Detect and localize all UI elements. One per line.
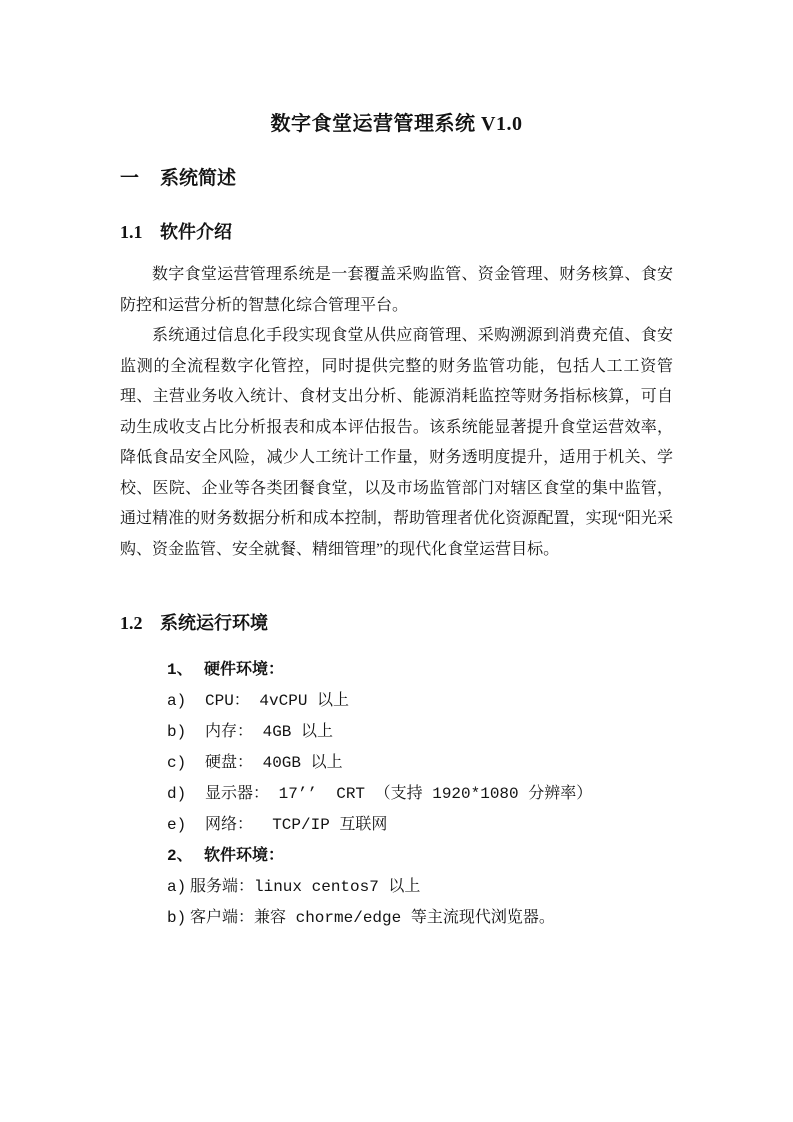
item-marker: d) bbox=[167, 779, 205, 810]
heading-1-2: 1.2系统运行环境 bbox=[120, 611, 673, 635]
software-group-title: 2、软件环境： bbox=[167, 841, 673, 872]
item-text: 内存： 4GB 以上 bbox=[205, 723, 333, 741]
item-text: 显示器： 17’’ CRT （支持 1920*1080 分辨率） bbox=[205, 785, 592, 803]
item-marker: b) bbox=[167, 903, 190, 934]
document-page: 数字食堂运营管理系统 V1.0 一系统简述 1.1软件介绍 数字食堂运营管理系统… bbox=[0, 0, 793, 1122]
hardware-group-title: 1、硬件环境： bbox=[167, 655, 673, 686]
heading-1-1: 1.1软件介绍 bbox=[120, 220, 673, 244]
heading-1-1-title: 软件介绍 bbox=[160, 222, 232, 242]
item-text: 客户端：兼容 chorme/edge 等主流现代浏览器。 bbox=[190, 909, 555, 927]
heading-1-2-number: 1.2 bbox=[120, 611, 160, 635]
hardware-group-label: 硬件环境： bbox=[204, 661, 284, 679]
hardware-item-cpu: a)CPU： 4vCPU 以上 bbox=[167, 686, 673, 717]
hardware-item-network: e)网络： TCP/IP 互联网 bbox=[167, 810, 673, 841]
document-title: 数字食堂运营管理系统 V1.0 bbox=[120, 110, 673, 138]
software-group-number: 2、 bbox=[167, 841, 204, 872]
section-1-title: 系统简述 bbox=[160, 168, 236, 189]
hardware-group-number: 1、 bbox=[167, 655, 204, 686]
item-marker: a) bbox=[167, 872, 190, 903]
software-item-client: b)客户端：兼容 chorme/edge 等主流现代浏览器。 bbox=[167, 903, 673, 934]
hardware-item-display: d)显示器： 17’’ CRT （支持 1920*1080 分辨率） bbox=[167, 779, 673, 810]
hardware-item-memory: b)内存： 4GB 以上 bbox=[167, 717, 673, 748]
intro-paragraph-2: 系统通过信息化手段实现食堂从供应商管理、采购溯源到消费充值、食安监测的全流程数字… bbox=[120, 321, 673, 565]
section-1-number: 一 bbox=[120, 166, 160, 192]
document-content: 数字食堂运营管理系统 V1.0 一系统简述 1.1软件介绍 数字食堂运营管理系统… bbox=[120, 0, 673, 934]
item-text: 网络： TCP/IP 互联网 bbox=[205, 816, 387, 834]
item-marker: c) bbox=[167, 748, 205, 779]
software-group-label: 软件环境： bbox=[204, 847, 284, 865]
item-text: 硬盘： 40GB 以上 bbox=[205, 754, 343, 772]
section-1-heading: 一系统简述 bbox=[120, 166, 673, 192]
item-marker: a) bbox=[167, 686, 205, 717]
item-text: 服务端：linux centos7 以上 bbox=[190, 878, 420, 896]
hardware-item-disk: c)硬盘： 40GB 以上 bbox=[167, 748, 673, 779]
item-text: CPU： 4vCPU 以上 bbox=[205, 692, 349, 710]
intro-paragraph-1: 数字食堂运营管理系统是一套覆盖采购监管、资金管理、财务核算、食安防控和运营分析的… bbox=[120, 260, 673, 321]
intro-section: 数字食堂运营管理系统是一套覆盖采购监管、资金管理、财务核算、食安防控和运营分析的… bbox=[120, 260, 673, 565]
heading-1-2-title: 系统运行环境 bbox=[160, 613, 268, 633]
item-marker: e) bbox=[167, 810, 205, 841]
software-item-server: a)服务端：linux centos7 以上 bbox=[167, 872, 673, 903]
heading-1-1-number: 1.1 bbox=[120, 220, 160, 244]
environment-list: 1、硬件环境： a)CPU： 4vCPU 以上 b)内存： 4GB 以上 c)硬… bbox=[120, 655, 673, 934]
item-marker: b) bbox=[167, 717, 205, 748]
